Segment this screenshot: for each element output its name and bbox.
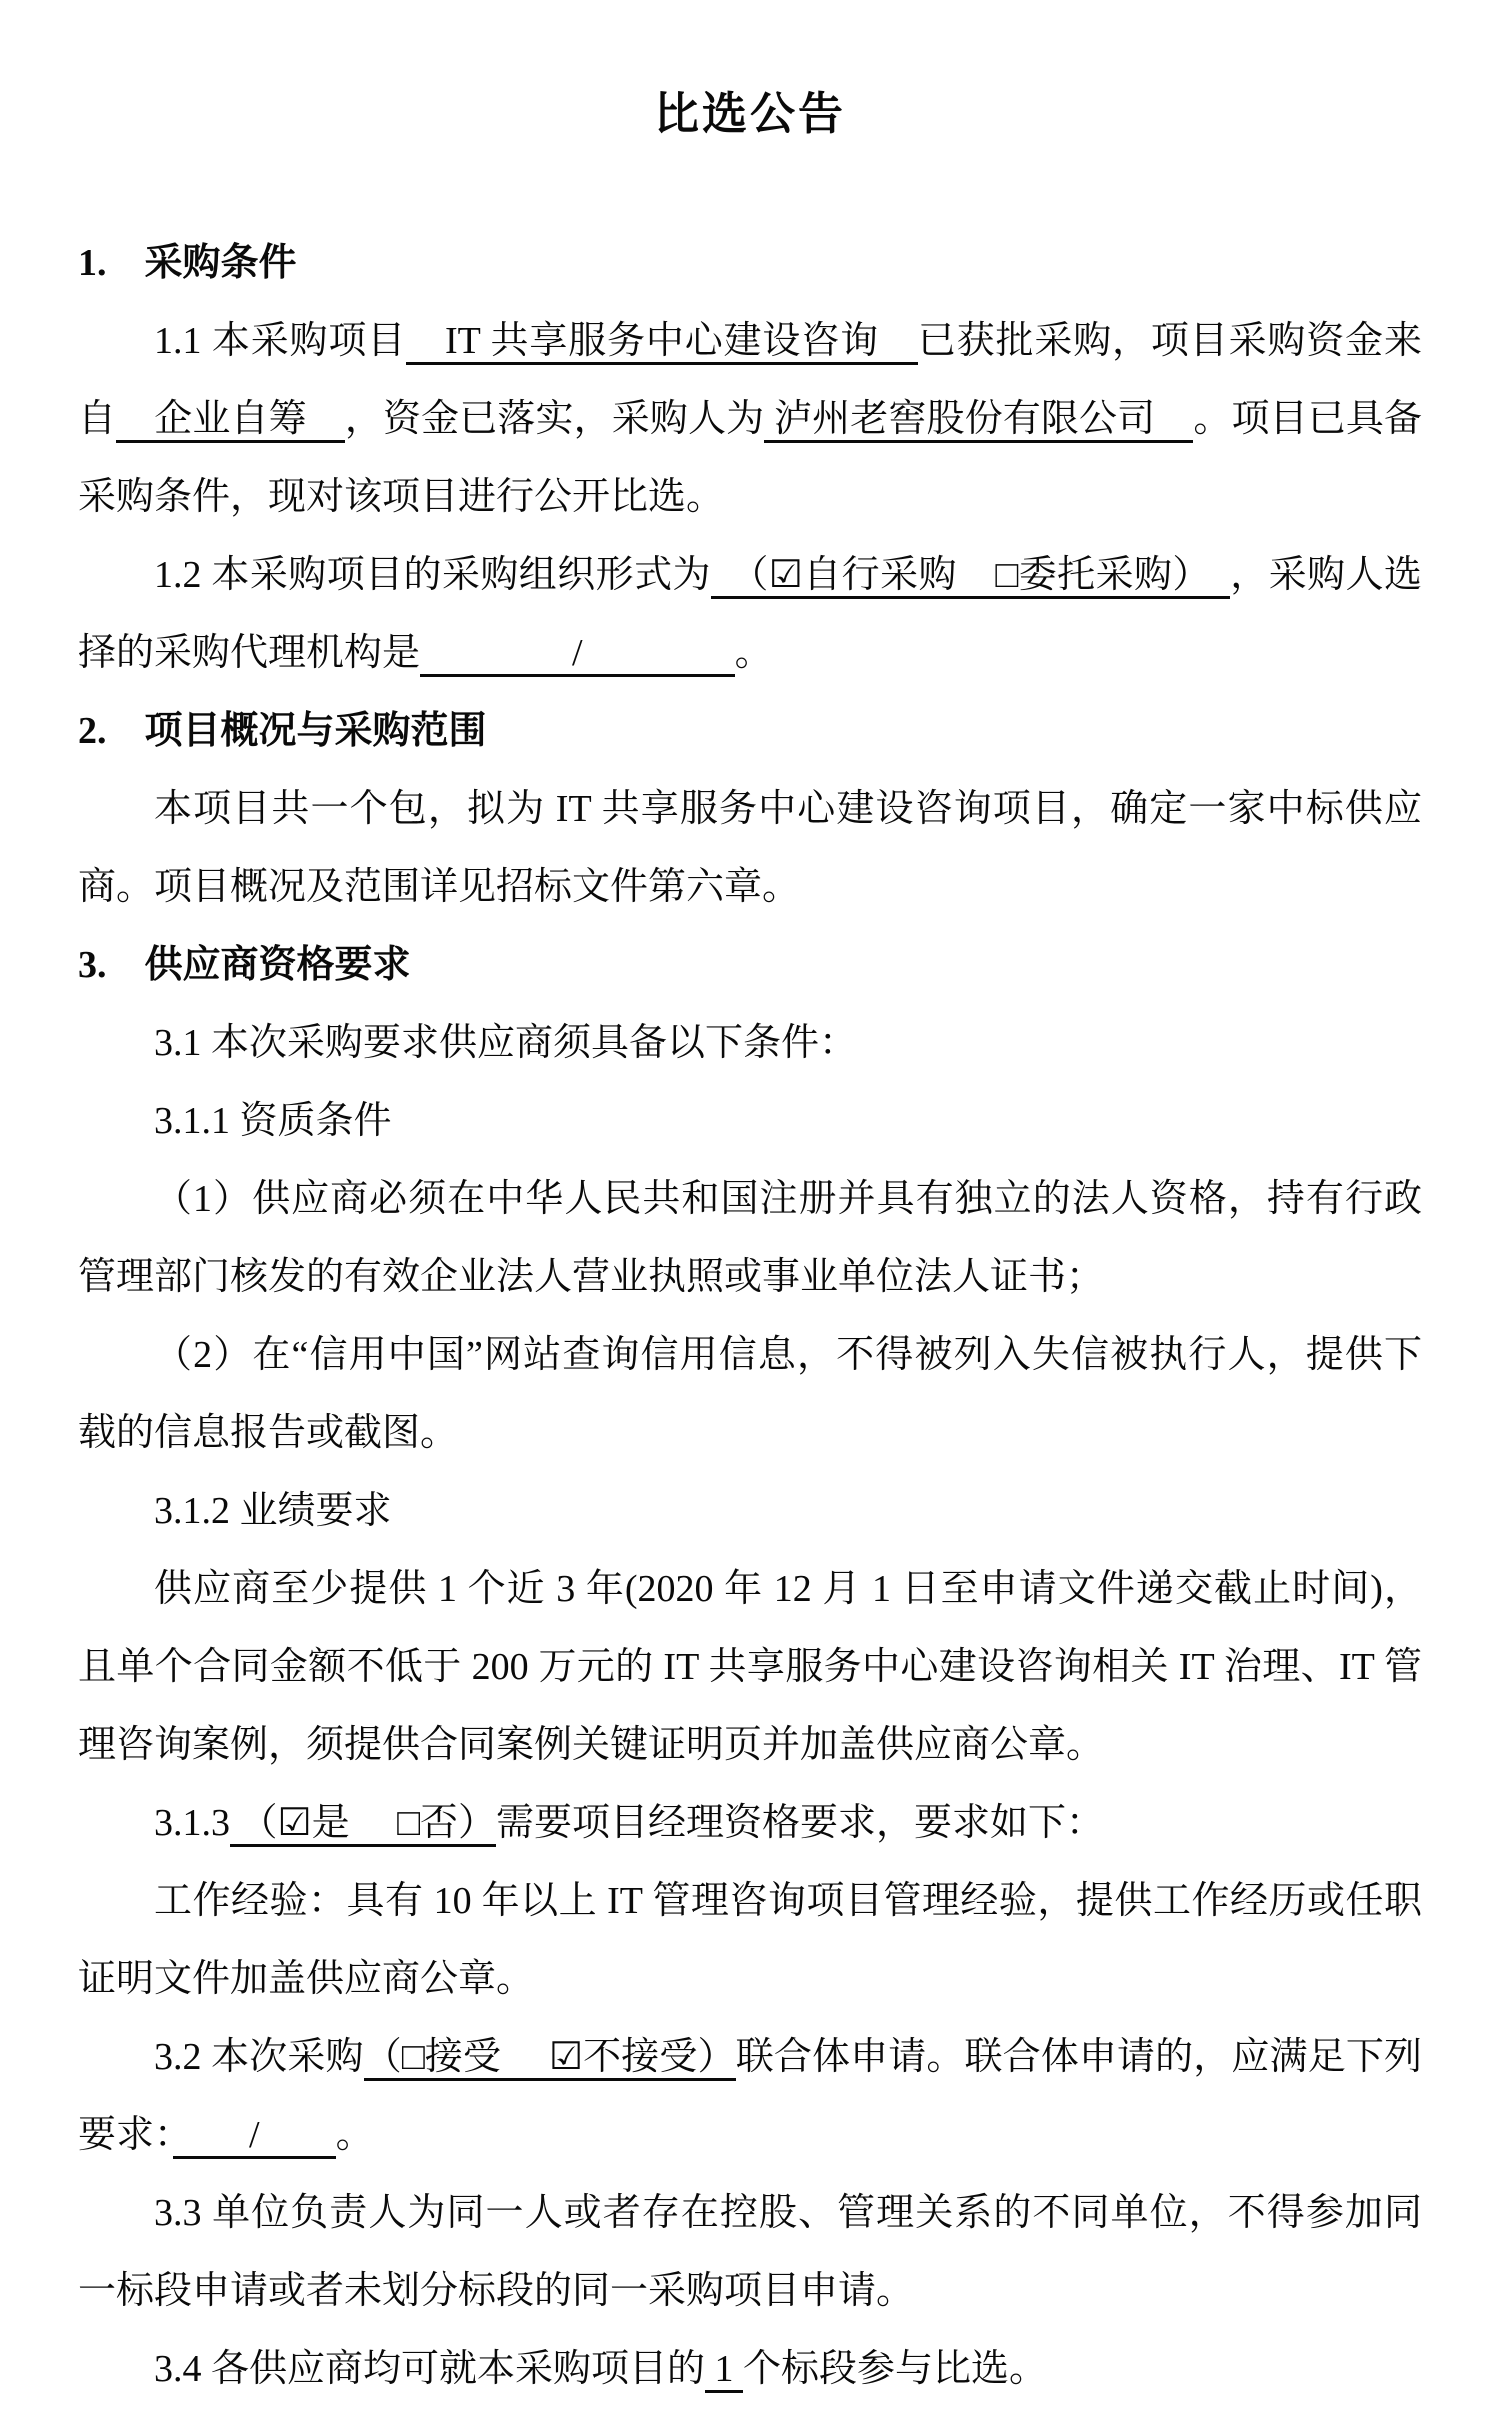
consortium-checkboxes-field: （□接受 ☑不接受） xyxy=(364,2036,736,2081)
purchaser-field: 泸州老窖股份有限公司 xyxy=(764,398,1193,443)
section-3-heading: 3. 供应商资格要求 xyxy=(78,926,1422,1004)
consortium-blank-field: / xyxy=(173,2114,336,2159)
clause-3-4-suffix: 个标段参与比选。 xyxy=(743,2348,1047,2390)
project-name-field: IT 共享服务中心建设咨询 xyxy=(406,320,918,365)
clause-3-1-3-suffix: 需要项目经理资格要求，要求如下： xyxy=(496,1802,1104,1844)
qualification-item-1: （1）供应商必须在中华人民共和国注册并具有独立的法人资格，持有行政管理部门核发的… xyxy=(78,1160,1422,1316)
funding-source-field: 企业自筹 xyxy=(116,398,345,443)
clause-3-1-3-prefix: 3.1.3 xyxy=(154,1802,230,1844)
clause-3-1-2: 3.1.2 业绩要求 xyxy=(78,1472,1422,1550)
clause-1-1-mid2: ，资金已落实，采购人为 xyxy=(345,398,764,440)
section-2-heading: 2. 项目概况与采购范围 xyxy=(78,692,1422,770)
clause-3-1-3: 3.1.3 （☑是 □否）需要项目经理资格要求，要求如下： xyxy=(78,1784,1422,1862)
qualification-item-2: （2）在“信用中国”网站查询信用信息，不得被列入失信被执行人，提供下载的信息报告… xyxy=(78,1316,1422,1472)
clause-3-4: 3.4 各供应商均可就本采购项目的 1 个标段参与比选。 xyxy=(78,2330,1422,2408)
clause-3-2: 3.2 本次采购（□接受 ☑不接受）联合体申请。联合体申请的，应满足下列要求： … xyxy=(78,2018,1422,2174)
page-title: 比选公告 xyxy=(78,68,1422,160)
section-1-heading: 1. 采购条件 xyxy=(78,224,1422,302)
document-page: 比选公告 1. 采购条件 1.1 本采购项目 IT 共享服务中心建设咨询 已获批… xyxy=(0,0,1500,2429)
clause-3-3: 3.3 单位负责人为同一人或者存在控股、管理关系的不同单位，不得参加同一标段申请… xyxy=(78,2174,1422,2330)
clause-1-2-prefix: 1.2 本采购项目的采购组织形式为 xyxy=(154,554,711,596)
clause-1-1: 1.1 本采购项目 IT 共享服务中心建设咨询 已获批采购，项目采购资金来自 企… xyxy=(78,302,1422,536)
clause-1-2: 1.2 本采购项目的采购组织形式为 （☑自行采购 □委托采购） ，采购人选择的采… xyxy=(78,536,1422,692)
clause-3-1-1: 3.1.1 资质条件 xyxy=(78,1082,1422,1160)
clause-3-4-prefix: 3.4 各供应商均可就本采购项目的 xyxy=(154,2348,705,2390)
agency-blank-field: / xyxy=(420,632,735,677)
performance-requirement-paragraph: 供应商至少提供 1 个近 3 年(2020 年 12 月 1 日至申请文件递交截… xyxy=(78,1550,1422,1784)
clause-3-1: 3.1 本次采购要求供应商须具备以下条件： xyxy=(78,1004,1422,1082)
pm-requirement-checkboxes-field: （☑是 □否） xyxy=(230,1802,496,1847)
project-overview-paragraph: 本项目共一个包，拟为 IT 共享服务中心建设咨询项目，确定一家中标供应商。项目概… xyxy=(78,770,1422,926)
work-experience-paragraph: 工作经验：具有 10 年以上 IT 管理咨询项目管理经验，提供工作经历或任职证明… xyxy=(78,1862,1422,2018)
clause-1-1-prefix: 1.1 本采购项目 xyxy=(154,320,406,362)
org-form-checkboxes-field: （☑自行采购 □委托采购） xyxy=(711,554,1230,599)
lot-count-field: 1 xyxy=(705,2348,743,2393)
clause-3-2-prefix: 3.2 本次采购 xyxy=(154,2036,364,2078)
clause-3-2-suffix: 。 xyxy=(336,2114,374,2156)
clause-1-2-suffix: 。 xyxy=(735,632,773,674)
